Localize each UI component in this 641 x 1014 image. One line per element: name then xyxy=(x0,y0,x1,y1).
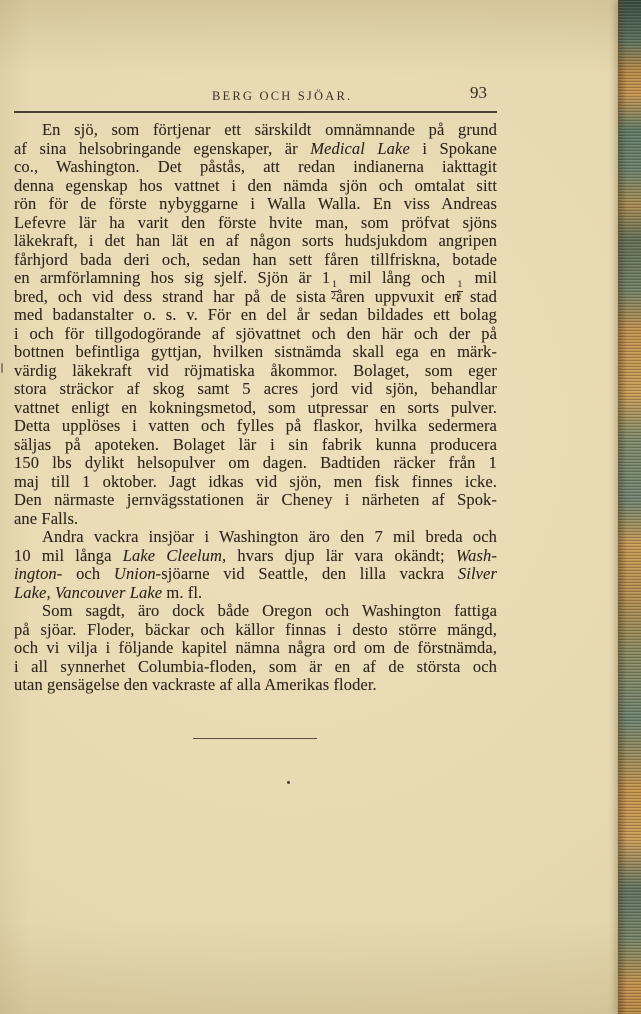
text-line: ington- och Union-sjöarne vid Seattle, d… xyxy=(14,565,497,584)
text-line: en armförlamning hos sig sjelf. Sjön är … xyxy=(14,269,497,288)
text-segment: bottnen befintliga gyttjan, hvilken sist… xyxy=(14,342,497,361)
text-line: fårhjord bada deri och, sedan han sett f… xyxy=(14,251,497,270)
book-page: BERG OCH SJÖAR. 93 En sjö, som förtjenar… xyxy=(0,0,641,1014)
book-fore-edge xyxy=(618,0,641,1014)
text-segment: utan gensägelse den vackraste af alla Am… xyxy=(14,675,377,694)
text-segment: ington- xyxy=(14,564,62,583)
text-segment: Lake, Vancouver Lake xyxy=(14,583,162,602)
text-line: Andra vackra insjöar i Washington äro de… xyxy=(14,528,497,547)
text-segment: och xyxy=(62,564,114,583)
text-segment: Lake Cleelum xyxy=(123,546,222,565)
page-number: 93 xyxy=(470,83,487,103)
text-segment: säljas på apoteken. Bolaget lär i sin fa… xyxy=(14,435,497,454)
text-line: läkekraft, i det han lät en af någon sor… xyxy=(14,232,497,251)
text-line: 10 mil långa Lake Cleelum, hvars djup lä… xyxy=(14,547,497,566)
text-line: Den närmaste jernvägsstationen är Cheney… xyxy=(14,491,497,510)
text-segment: vattnet enligt en kokningsmetod, som utp… xyxy=(14,398,497,417)
text-segment: med badanstalter o. s. v. För en del år … xyxy=(14,305,497,324)
text-segment: Lefevre lär ha varit den förste hvite ma… xyxy=(14,213,497,232)
text-segment: fårhjord bada deri och, sedan han sett f… xyxy=(14,250,497,269)
text-segment: ane Falls. xyxy=(14,509,78,528)
text-line: 150 lbs dylikt helsopulver om dagen. Bad… xyxy=(14,454,497,473)
text-line: bred, och vid dess strand har på de sist… xyxy=(14,288,497,307)
text-line: utan gensägelse den vackraste af alla Am… xyxy=(14,676,497,695)
text-segment: af sina helsobringande egenskaper, är xyxy=(14,139,310,158)
text-segment: Som sagdt, äro dock både Oregon och Wash… xyxy=(42,601,497,620)
text-line: En sjö, som förtjenar ett särskildt omnä… xyxy=(14,121,497,140)
running-title: BERG OCH SJÖAR. xyxy=(212,89,352,104)
text-segment: Andra vackra insjöar i Washington äro de… xyxy=(42,527,497,546)
text-segment: på sjöar. Floder, bäckar och källor finn… xyxy=(14,620,497,639)
text-segment: Silver xyxy=(458,564,497,583)
text-line: Som sagdt, äro dock både Oregon och Wash… xyxy=(14,602,497,621)
text-line: maj till 1 oktober. Jagt idkas vid sjön,… xyxy=(14,473,497,492)
text-segment: Detta upplöses i vatten och fylles på fl… xyxy=(14,416,497,435)
text-line: värdig läkekraft vid röjmatiska åkommor.… xyxy=(14,362,497,381)
text-segment: mil xyxy=(464,268,497,287)
text-line: Lefevre lär ha varit den förste hvite ma… xyxy=(14,214,497,233)
text-segment: m. fl. xyxy=(162,583,202,602)
margin-speck xyxy=(1,363,3,373)
text-line: stora sträckor af skog samt 5 acres jord… xyxy=(14,380,497,399)
header-rule xyxy=(14,111,497,113)
text-segment: värdig läkekraft vid röjmatiska åkommor.… xyxy=(14,361,497,380)
text-segment: denna egenskap hos vattnet i den nämda s… xyxy=(14,176,497,195)
text-segment: Medical Lake xyxy=(310,139,410,158)
text-line: co., Washington. Det påstås, att redan i… xyxy=(14,158,497,177)
text-segment: co., Washington. Det påstås, att redan i… xyxy=(14,157,497,176)
text-segment: rön för de förste nybyggarne i Walla Wal… xyxy=(14,194,497,213)
text-segment: en armförlamning hos sig sjelf. Sjön är … xyxy=(14,268,330,287)
text-segment: Union xyxy=(114,564,156,583)
text-segment: i och för tillgodogörande af sjövattnet … xyxy=(14,324,497,343)
text-segment: -sjöarne vid Seattle, den lilla vackra xyxy=(156,564,458,583)
text-line: i all synnerhet Columbia-floden, som är … xyxy=(14,658,497,677)
text-line: bottnen befintliga gyttjan, hvilken sist… xyxy=(14,343,497,362)
text-segment: 150 lbs dylikt helsopulver om dagen. Bad… xyxy=(14,453,497,472)
text-line: denna egenskap hos vattnet i den nämda s… xyxy=(14,177,497,196)
text-line: rön för de förste nybyggarne i Walla Wal… xyxy=(14,195,497,214)
text-line: och vi vilja i följande kapitel nämna nå… xyxy=(14,639,497,658)
text-segment: , hvars djup lär vara okändt; xyxy=(222,546,456,565)
text-segment: i all synnerhet Columbia-floden, som är … xyxy=(14,657,497,676)
text-line: på sjöar. Floder, bäckar och källor finn… xyxy=(14,621,497,640)
text-segment: En sjö, som förtjenar ett särskildt omnä… xyxy=(42,120,497,139)
text-line: i och för tillgodogörande af sjövattnet … xyxy=(14,325,497,344)
text-segment: bred, och vid dess strand har på de sist… xyxy=(14,287,497,306)
body-text: En sjö, som förtjenar ett särskildt omnä… xyxy=(14,121,497,695)
text-line: ane Falls. xyxy=(14,510,497,529)
text-segment: stora sträckor af skog samt 5 acres jord… xyxy=(14,379,497,398)
text-segment: maj till 1 oktober. Jagt idkas vid sjön,… xyxy=(14,472,497,491)
text-line: vattnet enligt en kokningsmetod, som utp… xyxy=(14,399,497,418)
text-segment: i Spokane xyxy=(410,139,497,158)
text-line: Detta upplöses i vatten och fylles på fl… xyxy=(14,417,497,436)
text-line: Lake, Vancouver Lake m. fl. xyxy=(14,584,497,603)
text-segment: 10 mil långa xyxy=(14,546,123,565)
text-segment: läkekraft, i det han lät en af någon sor… xyxy=(14,231,497,250)
text-segment: mil lång och xyxy=(339,268,455,287)
text-segment: Den närmaste jernvägsstationen är Cheney… xyxy=(14,490,497,509)
text-line: med badanstalter o. s. v. För en del år … xyxy=(14,306,497,325)
text-segment: och vi vilja i följande kapitel nämna nå… xyxy=(14,638,497,657)
section-divider-rule xyxy=(193,738,317,739)
text-segment: Wash- xyxy=(456,546,497,565)
text-line: säljas på apoteken. Bolaget lär i sin fa… xyxy=(14,436,497,455)
ink-speck xyxy=(287,781,290,784)
text-line: af sina helsobringande egenskaper, är Me… xyxy=(14,140,497,159)
